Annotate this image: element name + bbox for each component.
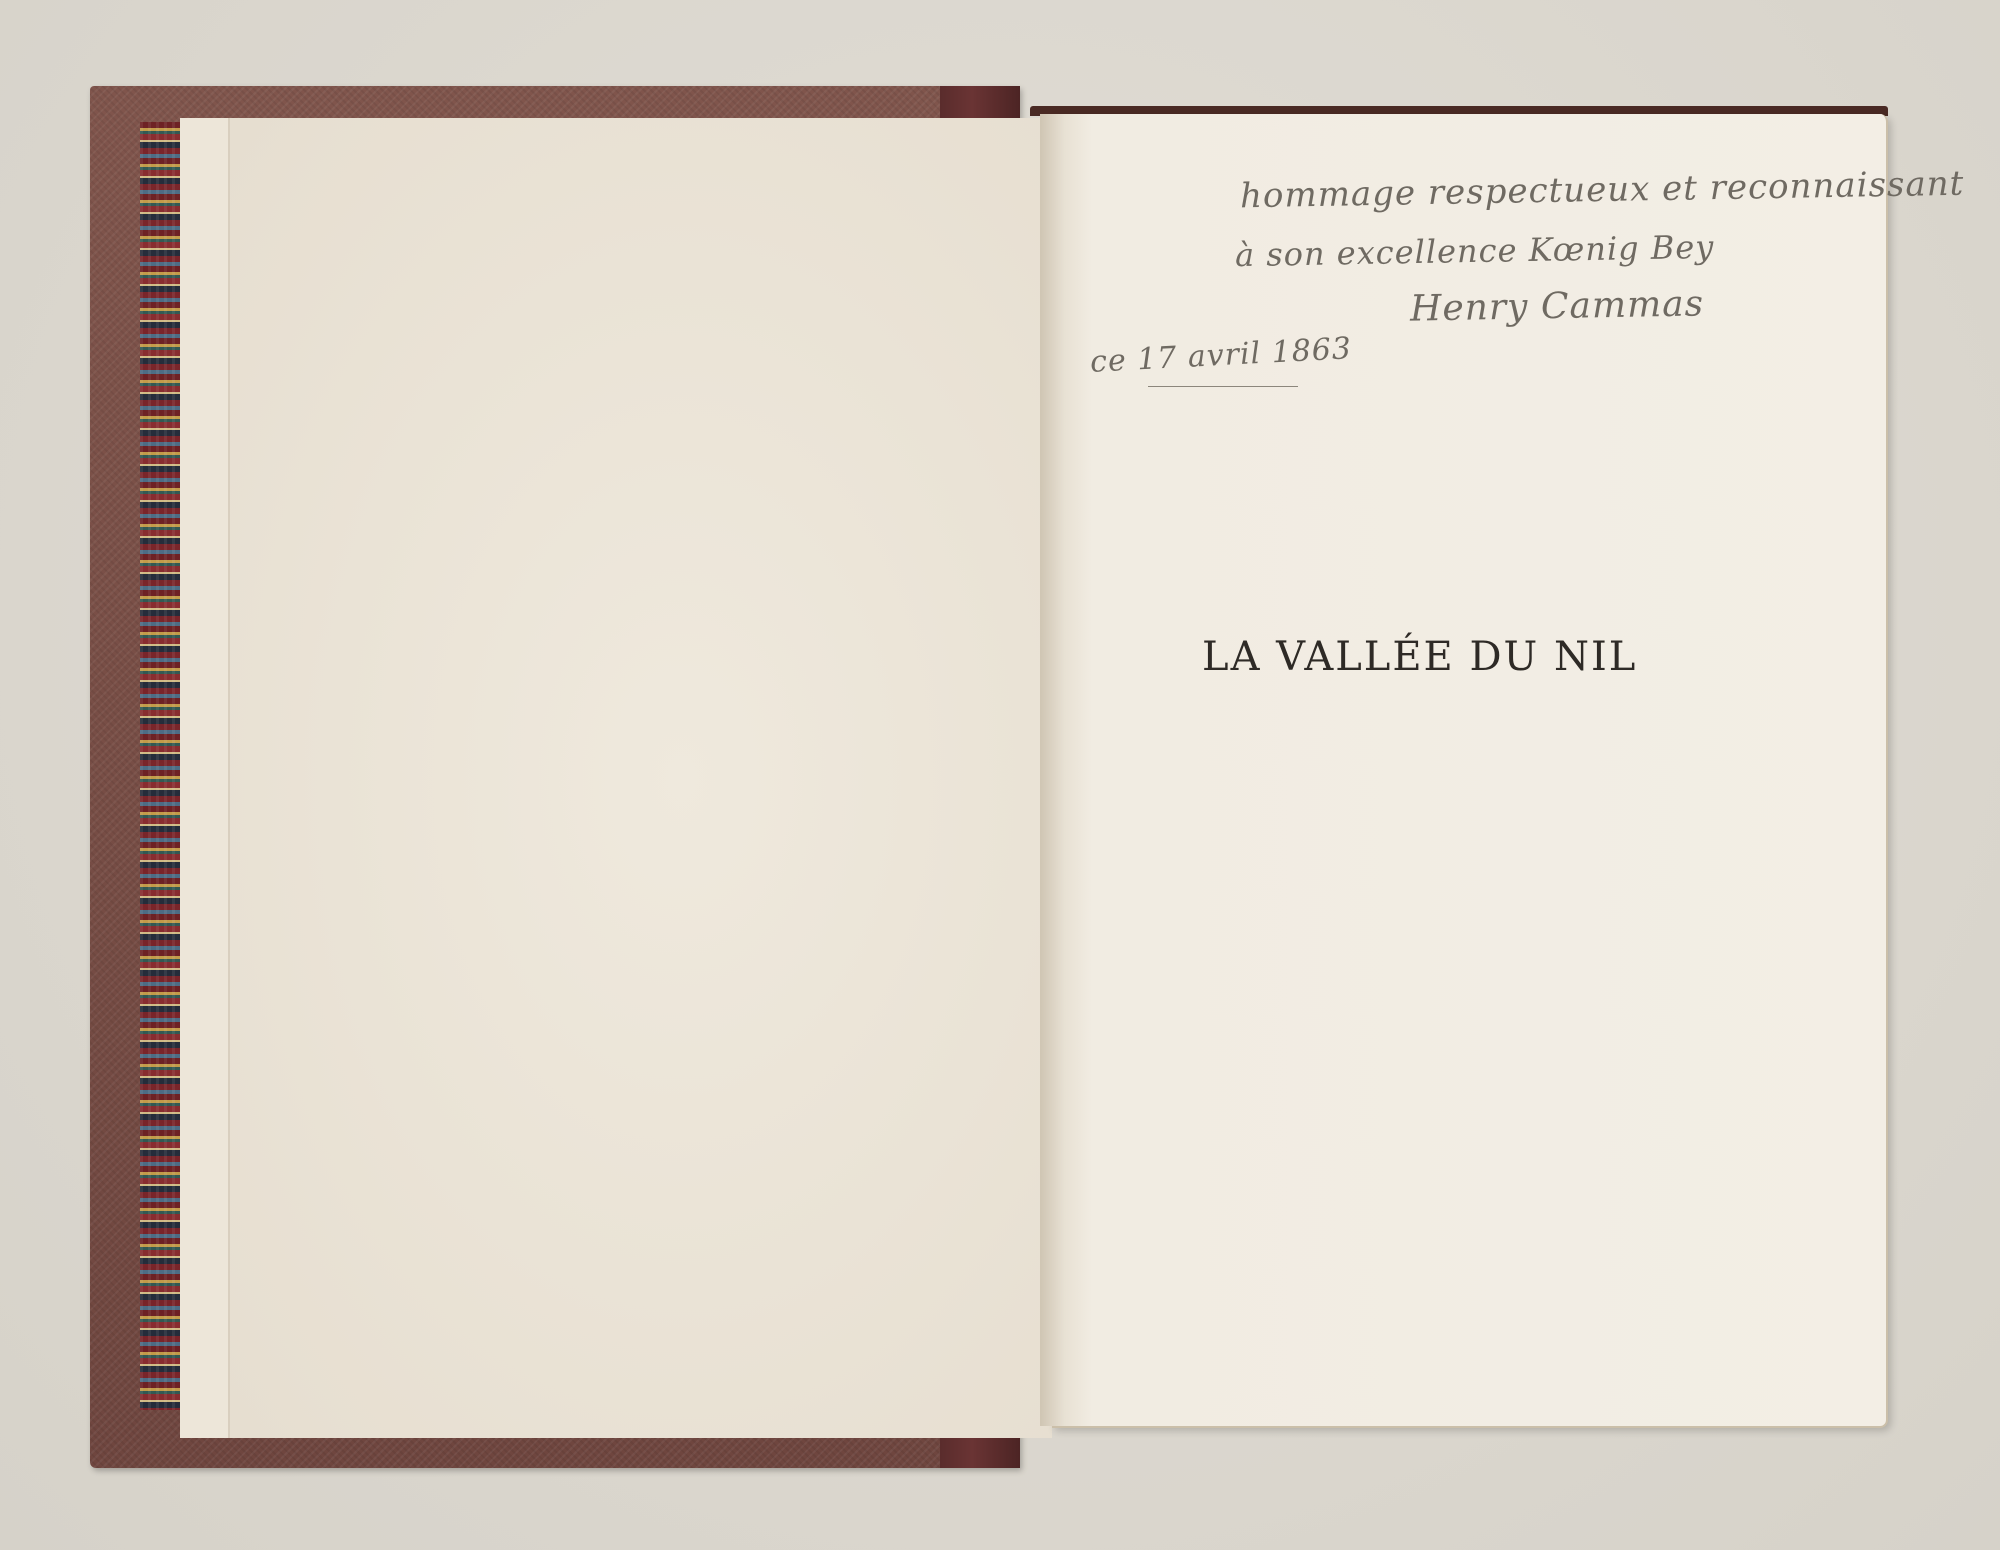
blank-flyleaf-page: [228, 118, 1052, 1438]
inscription-signature: Henry Cammas: [1410, 283, 1705, 329]
inscription-underline: [1148, 386, 1298, 387]
book-gutter: [1040, 114, 1064, 1426]
book-title: LA VALLÉE DU NIL: [1202, 634, 1622, 680]
